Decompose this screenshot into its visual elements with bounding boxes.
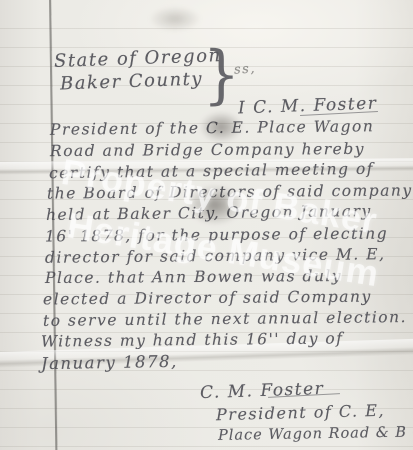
body-line: elected a Director of said Company (43, 288, 372, 309)
scanned-document: State of Oregon Baker County } ss, I C. … (0, 0, 413, 450)
signature-company-line: Place Wagon Road & B Co, (218, 424, 413, 444)
body-line: 16' 1878, for the purpose of electing (45, 225, 388, 246)
body-line: Road and Bridge Company hereby (50, 140, 365, 160)
body-line: President of the C. E. Place Wagon (50, 117, 374, 138)
heading-ss-label: ss, (234, 61, 257, 77)
body-line: Witness my hand this 16'' day of (41, 329, 344, 350)
body-line: director for said company vice M. E, (45, 245, 386, 267)
body-line: Place. that Ann Bowen was duly (45, 267, 342, 287)
body-line: January 1878, (41, 352, 178, 373)
body-line: the Board of Directors of said company (47, 181, 413, 202)
body-line: to serve until the next annual election. (43, 308, 407, 330)
